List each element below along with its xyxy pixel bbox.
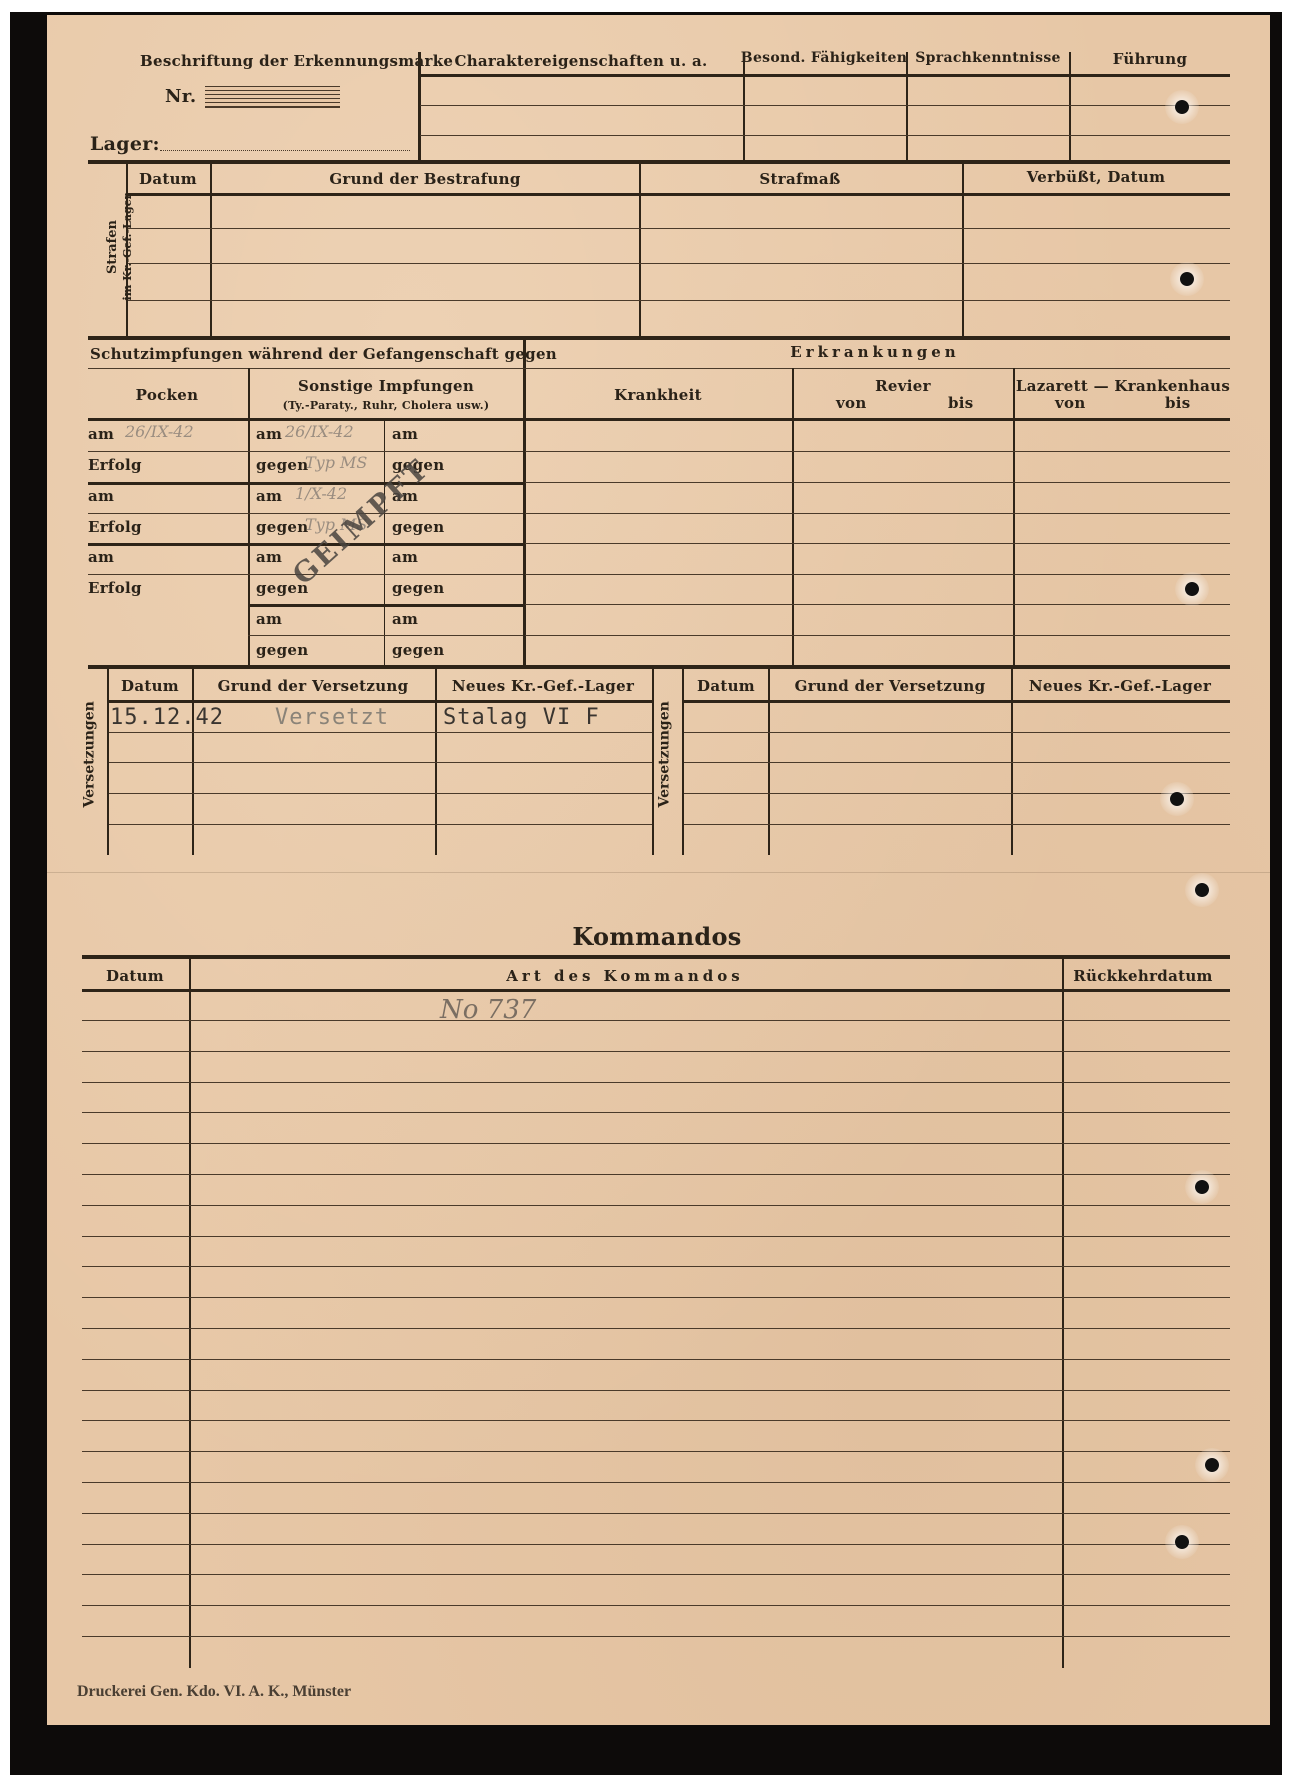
col-besond-faehigkeiten: Besond. Fähigkeiten <box>741 50 907 66</box>
versetzung-1-datum[interactable]: 15.12.42 <box>110 705 224 730</box>
lazarett-bis: bis <box>1165 394 1191 412</box>
sonstige-row-1-label: am <box>256 425 282 443</box>
strafen-col-datum: Datum <box>139 170 197 188</box>
fold-line <box>47 872 1270 873</box>
printer-imprint: Druckerei Gen. Kdo. VI. A. K., Münster <box>77 1683 351 1701</box>
ruled-line <box>82 1544 1230 1545</box>
strafen-col-strafmass: Strafmaß <box>759 170 840 188</box>
sonstige-row-6-right-label: gegen <box>392 579 444 597</box>
sonstige-row-1-value[interactable]: 26/IX-42 <box>285 422 354 441</box>
revier-von: von <box>836 394 867 412</box>
punch-hole <box>1160 782 1194 816</box>
pocken-row-6-label: Erfolg <box>88 579 142 597</box>
versetzungen-side-label-left: Versetzungen <box>83 708 98 808</box>
sonstige-row-4-right-label: gegen <box>392 518 444 536</box>
sonstige-subheader: (Ty.-Paraty., Ruhr, Cholera usw.) <box>283 399 490 412</box>
sonstige-row-8-right-label: gegen <box>392 641 444 659</box>
punch-hole <box>1165 90 1199 124</box>
ruled-line <box>82 1174 1230 1175</box>
ruled-line <box>82 1482 1230 1483</box>
vers-right-col-grund: Grund der Versetzung <box>795 677 986 695</box>
sonstige-row-2-value[interactable]: Typ MS <box>305 453 367 472</box>
punch-hole <box>1170 262 1204 296</box>
punch-hole <box>1165 1525 1199 1559</box>
ruled-line <box>82 1205 1230 1206</box>
versetzungen-side-label-right: Versetzungen <box>658 708 673 808</box>
sonstige-header: Sonstige Impfungen <box>298 377 474 395</box>
lazarett-von: von <box>1055 394 1086 412</box>
col-fuehrung: Führung <box>1113 50 1188 68</box>
pocken-row-1-value[interactable]: 26/IX-42 <box>125 422 194 441</box>
ruled-line <box>82 1297 1230 1298</box>
ruled-line <box>82 1112 1230 1113</box>
lager-field[interactable] <box>160 150 410 151</box>
versetzung-1-grund[interactable]: Versetzt <box>275 705 389 730</box>
ruled-line <box>82 1574 1230 1575</box>
strafen-side-label: Strafenim Kr.-Gef.-Lager <box>105 167 135 327</box>
sonstige-row-2-label: gegen <box>256 456 308 474</box>
ruled-line <box>82 1451 1230 1452</box>
sonstige-row-7-label: am <box>256 610 282 628</box>
pocken-header: Pocken <box>136 386 199 404</box>
vers-right-col-lager: Neues Kr.-Gef.-Lager <box>1029 677 1211 695</box>
sonstige-row-8-label: gegen <box>256 641 308 659</box>
erkennungsmarke-label: Beschriftung der Erkennungsmarke <box>140 52 453 70</box>
ruled-line <box>82 1359 1230 1360</box>
pocken-row-5-label: am <box>88 548 114 566</box>
ruled-line <box>82 1420 1230 1421</box>
sonstige-row-5-label: am <box>256 548 282 566</box>
strafen-col-verbuesst: Verbüßt, Datum <box>1027 168 1166 186</box>
erkrankungen-title: Erkrankungen <box>790 343 959 361</box>
vers-right-col-datum: Datum <box>697 677 755 695</box>
kommandos-col-rueckkehr: Rückkehrdatum <box>1073 967 1212 985</box>
kommandos-col-datum: Datum <box>106 967 164 985</box>
pocken-row-4-label: Erfolg <box>88 518 142 536</box>
col-lazarett: Lazarett — Krankenhaus <box>1016 377 1230 395</box>
col-sprachkenntnisse: Sprachkenntnisse <box>915 50 1060 66</box>
nr-field[interactable] <box>205 86 340 108</box>
nr-label: Nr. <box>165 86 196 107</box>
form-page <box>47 15 1270 1725</box>
sonstige-row-7-right-label: am <box>392 610 418 628</box>
col-revier: Revier <box>875 377 931 395</box>
sonstige-row-3-label: am <box>256 487 282 505</box>
pocken-row-1-label: am <box>88 425 114 443</box>
ruled-line <box>82 1082 1230 1083</box>
ruled-line <box>82 1605 1230 1606</box>
kommandos-title: Kommandos <box>572 922 741 951</box>
col-krankheit: Krankheit <box>614 386 702 404</box>
ruled-line <box>82 1051 1230 1052</box>
vers-left-col-datum: Datum <box>121 677 179 695</box>
ruled-line <box>82 1266 1230 1267</box>
punch-hole <box>1195 1448 1229 1482</box>
revier-bis: bis <box>948 394 974 412</box>
sonstige-row-5-right-label: am <box>392 548 418 566</box>
punch-hole <box>1185 1170 1219 1204</box>
sonstige-row-4-label: gegen <box>256 518 308 536</box>
impfungen-title: Schutzimpfungen während der Gefangenscha… <box>90 345 557 363</box>
punch-hole <box>1175 572 1209 606</box>
ruled-line <box>82 1636 1230 1637</box>
kommandos-col-art: Art des Kommandos <box>506 967 743 985</box>
col-charaktereigenschaften: Charaktereigenschaften u. a. <box>454 52 707 70</box>
pocken-row-3-label: am <box>88 487 114 505</box>
versetzung-1-lager[interactable]: Stalag VI F <box>443 705 600 730</box>
ruled-line <box>82 1328 1230 1329</box>
vers-left-col-grund: Grund der Versetzung <box>218 677 409 695</box>
ruled-line <box>82 1513 1230 1514</box>
ruled-line <box>82 1143 1230 1144</box>
sonstige-row-1-right-label: am <box>392 425 418 443</box>
pocken-row-2-label: Erfolg <box>88 456 142 474</box>
strafen-col-grund: Grund der Bestrafung <box>329 170 520 188</box>
ruled-line <box>82 1020 1230 1021</box>
sonstige-row-3-value[interactable]: 1/X-42 <box>295 484 347 503</box>
ruled-line <box>82 1236 1230 1237</box>
lager-label: Lager: <box>90 133 160 155</box>
ruled-line <box>82 1390 1230 1391</box>
vers-left-col-lager: Neues Kr.-Gef.-Lager <box>452 677 634 695</box>
punch-hole <box>1185 873 1219 907</box>
